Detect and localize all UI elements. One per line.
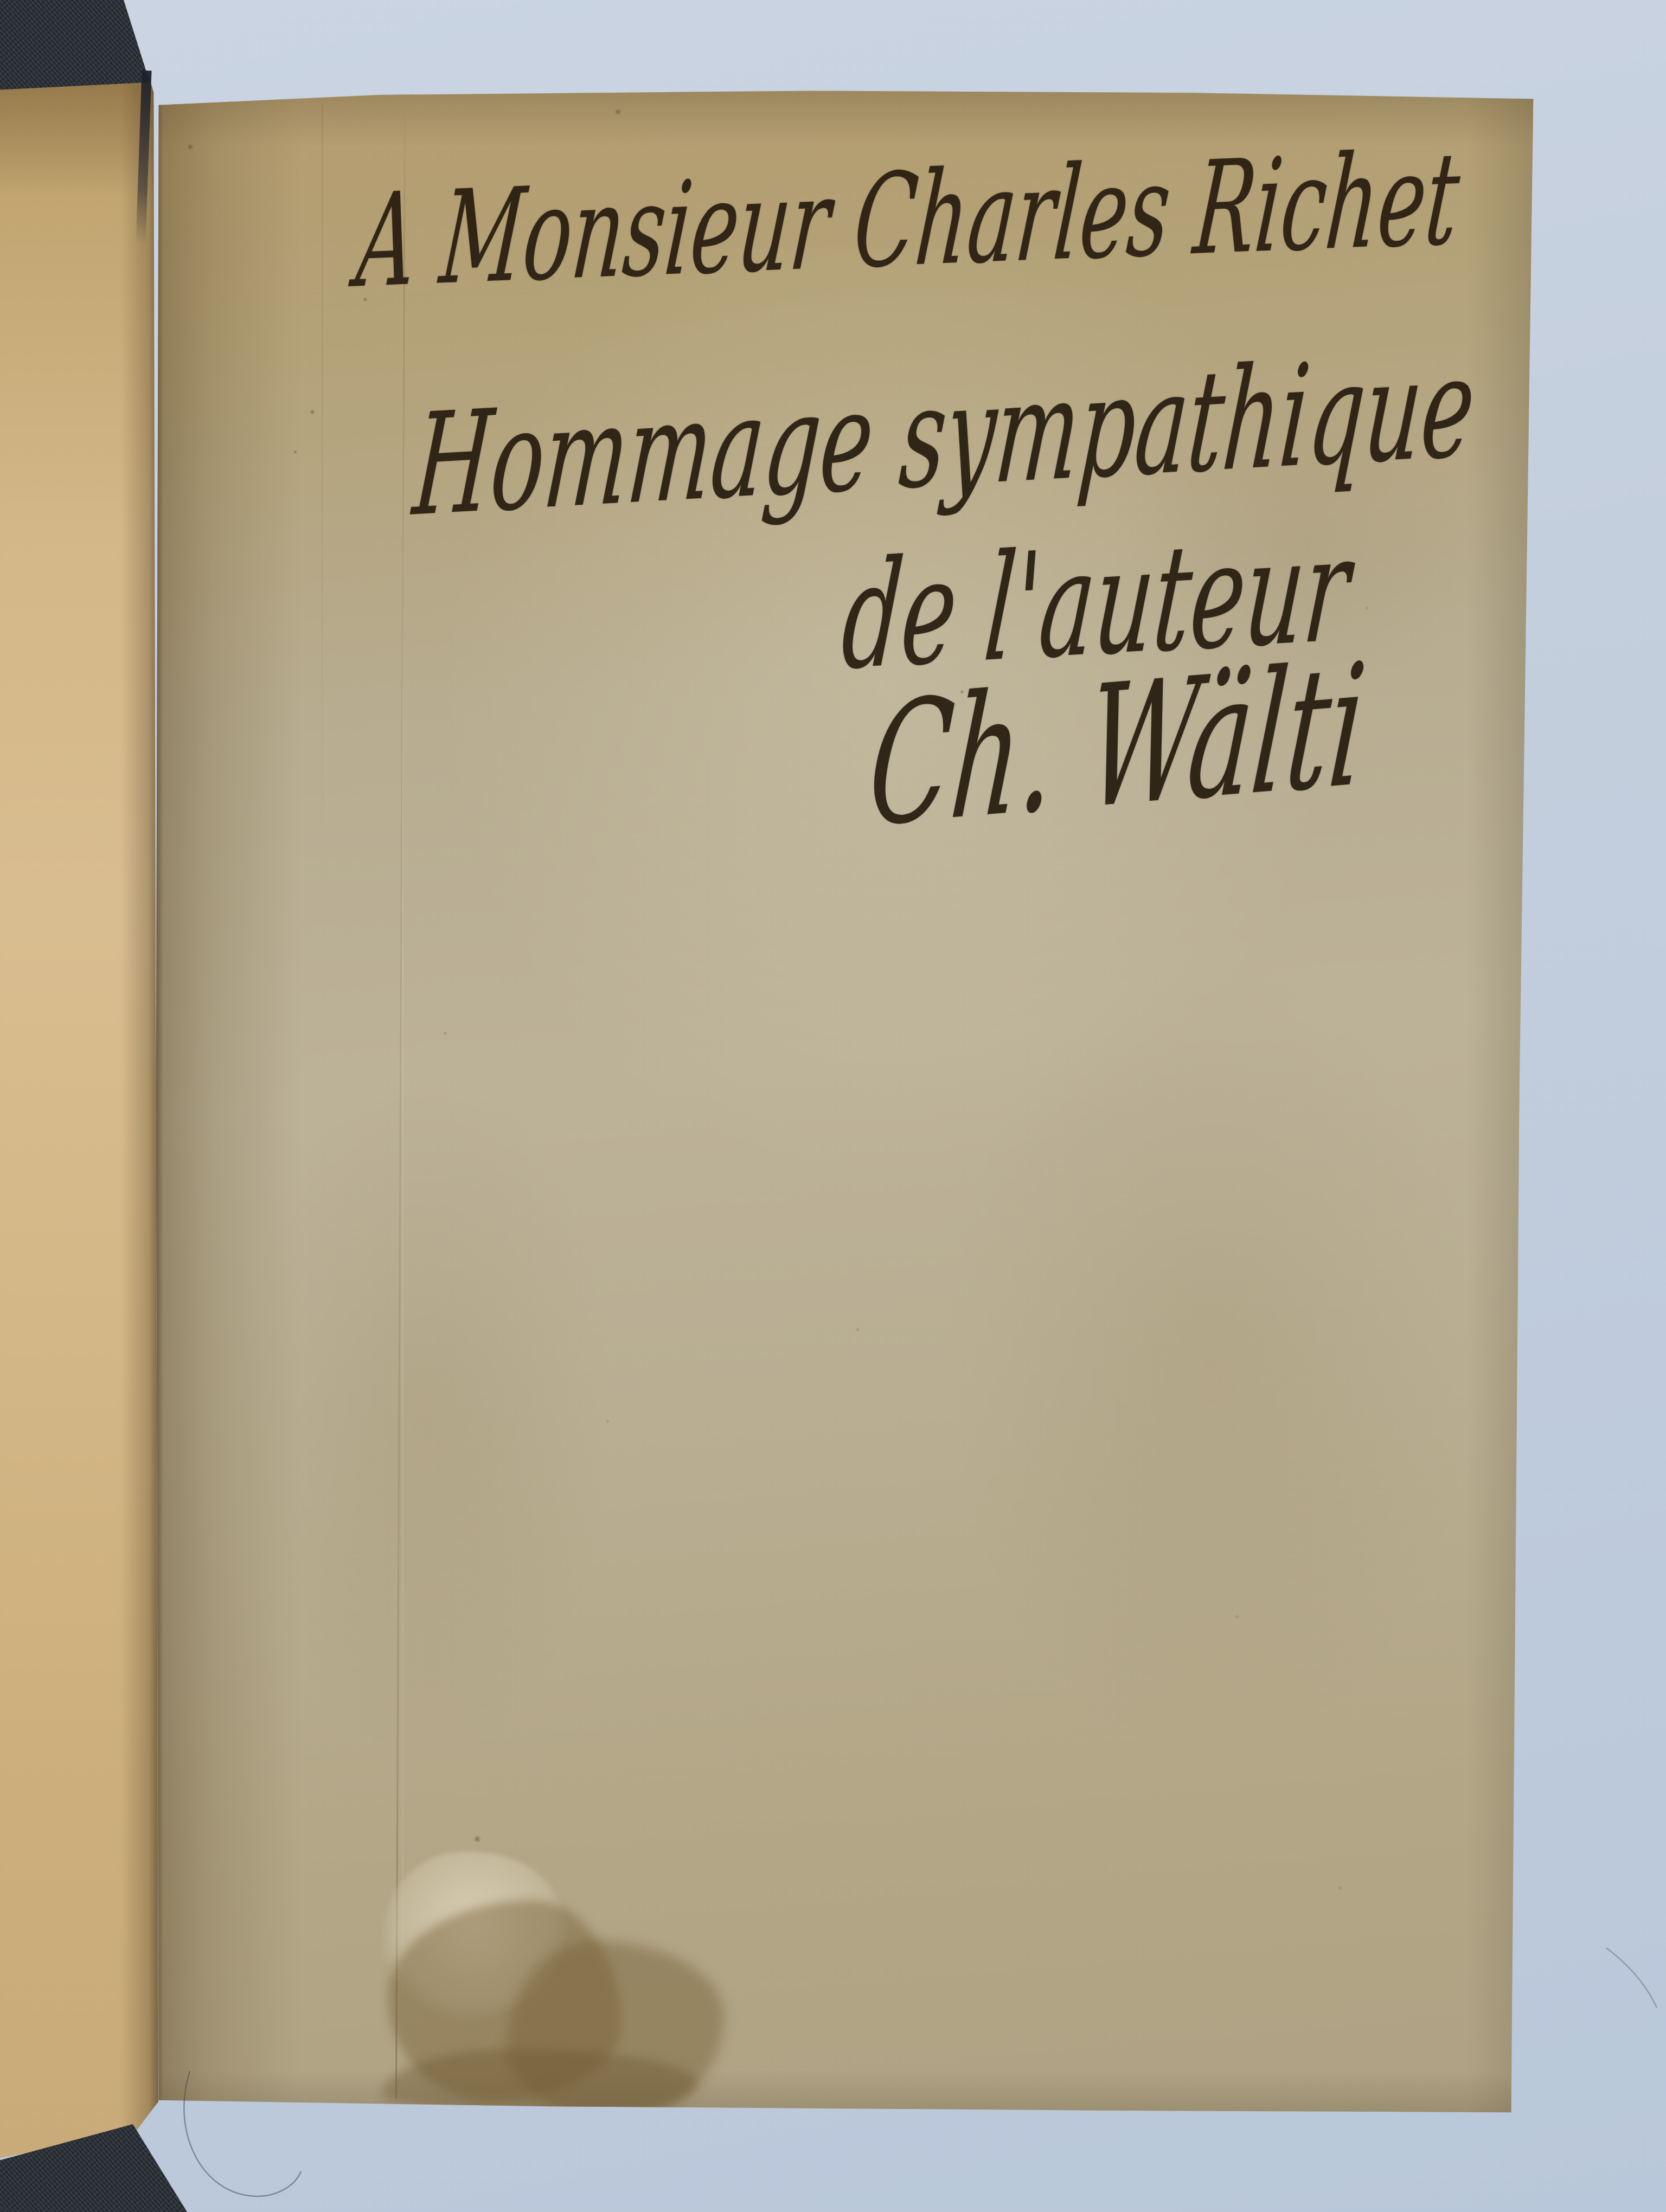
pastedown-page: [0, 76, 158, 2162]
inscription-signature: Ch. Wälti: [863, 628, 1372, 864]
foxing-spot: [473, 1835, 481, 1843]
gutter-edge-shadow: [120, 76, 158, 2162]
inscription-line-1: A Monsieur Charles Richet: [351, 124, 1465, 317]
foxing-spot: [293, 450, 297, 454]
foxing-spot: [1104, 800, 1110, 806]
foxing-spot: [855, 1327, 860, 1332]
stray-hair: [168, 2066, 331, 2212]
foxing-spot: [614, 108, 621, 115]
foxing-spot: [1365, 606, 1369, 610]
foxing-spot: [443, 1031, 447, 1036]
foxing-spot: [187, 144, 194, 150]
stray-fiber: [1600, 1944, 1666, 2014]
photo-background: A Monsieur Charles Richet Hommage sympat…: [0, 0, 1666, 2212]
foxing-spot: [606, 1419, 610, 1423]
inscription: A Monsieur Charles Richet Hommage sympat…: [155, 87, 1537, 2114]
foxing-spot: [1338, 1886, 1343, 1891]
foxing-spot: [960, 690, 964, 694]
foxing-spot: [310, 409, 315, 415]
foxing-spot: [1235, 1615, 1239, 1619]
foxing-spot: [363, 297, 368, 302]
flyleaf-page: A Monsieur Charles Richet Hommage sympat…: [155, 87, 1537, 2114]
